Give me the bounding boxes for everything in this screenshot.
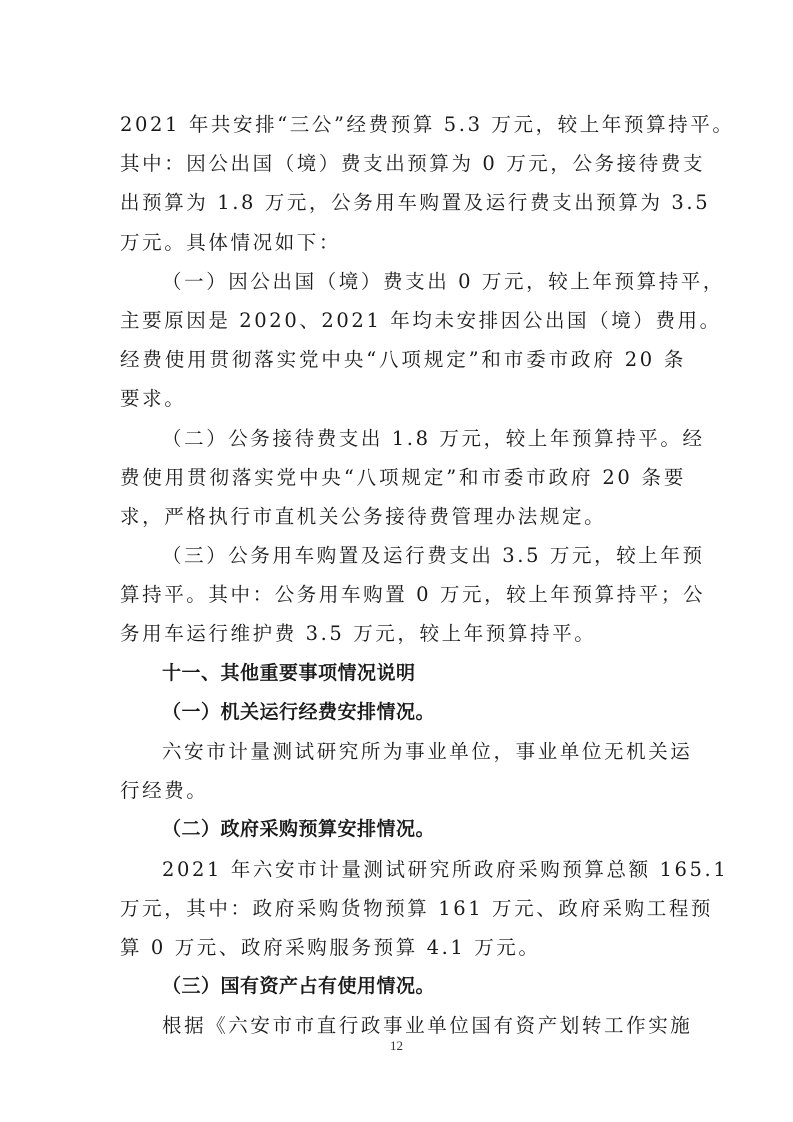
paragraph-line: 务用车运行维护费 3.5 万元，较上年预算持平。 xyxy=(120,614,686,653)
paragraph-line: 费使用贯彻落实党中央“八项规定”和市委市政府 20 条要 xyxy=(120,458,686,497)
paragraph-line: 经费使用贯彻落实党中央“八项规定”和市委市政府 20 条 xyxy=(120,340,686,379)
section-heading: 十一、其他重要事项情况说明 xyxy=(120,654,686,693)
paragraph-line: 其中：因公出国（境）费支出预算为 0 万元，公务接待费支 xyxy=(120,144,686,183)
page-number: 12 xyxy=(0,1038,793,1054)
subsection-heading: （三）国有资产占有使用情况。 xyxy=(120,967,686,1006)
paragraph-line: 六安市计量测试研究所为事业单位，事业单位无机关运 xyxy=(120,732,686,771)
paragraph-line: 行经费。 xyxy=(120,771,686,810)
paragraph-line: 出预算为 1.8 万元，公务用车购置及运行费支出预算为 3.5 xyxy=(120,183,686,222)
paragraph-line: 主要原因是 2020、2021 年均未安排因公出国（境）费用。 xyxy=(120,301,686,340)
subsection-heading: （二）政府采购预算安排情况。 xyxy=(120,810,686,849)
paragraph-line: （二）公务接待费支出 1.8 万元，较上年预算持平。经 xyxy=(120,419,686,458)
paragraph-line: 万元，其中：政府采购货物预算 161 万元、政府采购工程预 xyxy=(120,889,686,928)
paragraph-line: 万元。具体情况如下： xyxy=(120,223,686,262)
paragraph-line: 算 0 万元、政府采购服务预算 4.1 万元。 xyxy=(120,928,686,967)
subsection-heading: （一）机关运行经费安排情况。 xyxy=(120,693,686,732)
paragraph-line: 求，严格执行市直机关公务接待费管理办法规定。 xyxy=(120,497,686,536)
paragraph-line: 算持平。其中：公务用车购置 0 万元，较上年预算持平；公 xyxy=(120,575,686,614)
paragraph-line: （三）公务用车购置及运行费支出 3.5 万元，较上年预 xyxy=(120,536,686,575)
paragraph-line: （一）因公出国（境）费支出 0 万元，较上年预算持平， xyxy=(120,262,686,301)
paragraph-line: 2021 年六安市计量测试研究所政府采购预算总额 165.1 xyxy=(120,850,686,889)
paragraph-line: 2021 年共安排“三公”经费预算 5.3 万元，较上年预算持平。 xyxy=(120,105,686,144)
document-body: 2021 年共安排“三公”经费预算 5.3 万元，较上年预算持平。 其中：因公出… xyxy=(120,105,686,1046)
paragraph-line: 要求。 xyxy=(120,379,686,418)
